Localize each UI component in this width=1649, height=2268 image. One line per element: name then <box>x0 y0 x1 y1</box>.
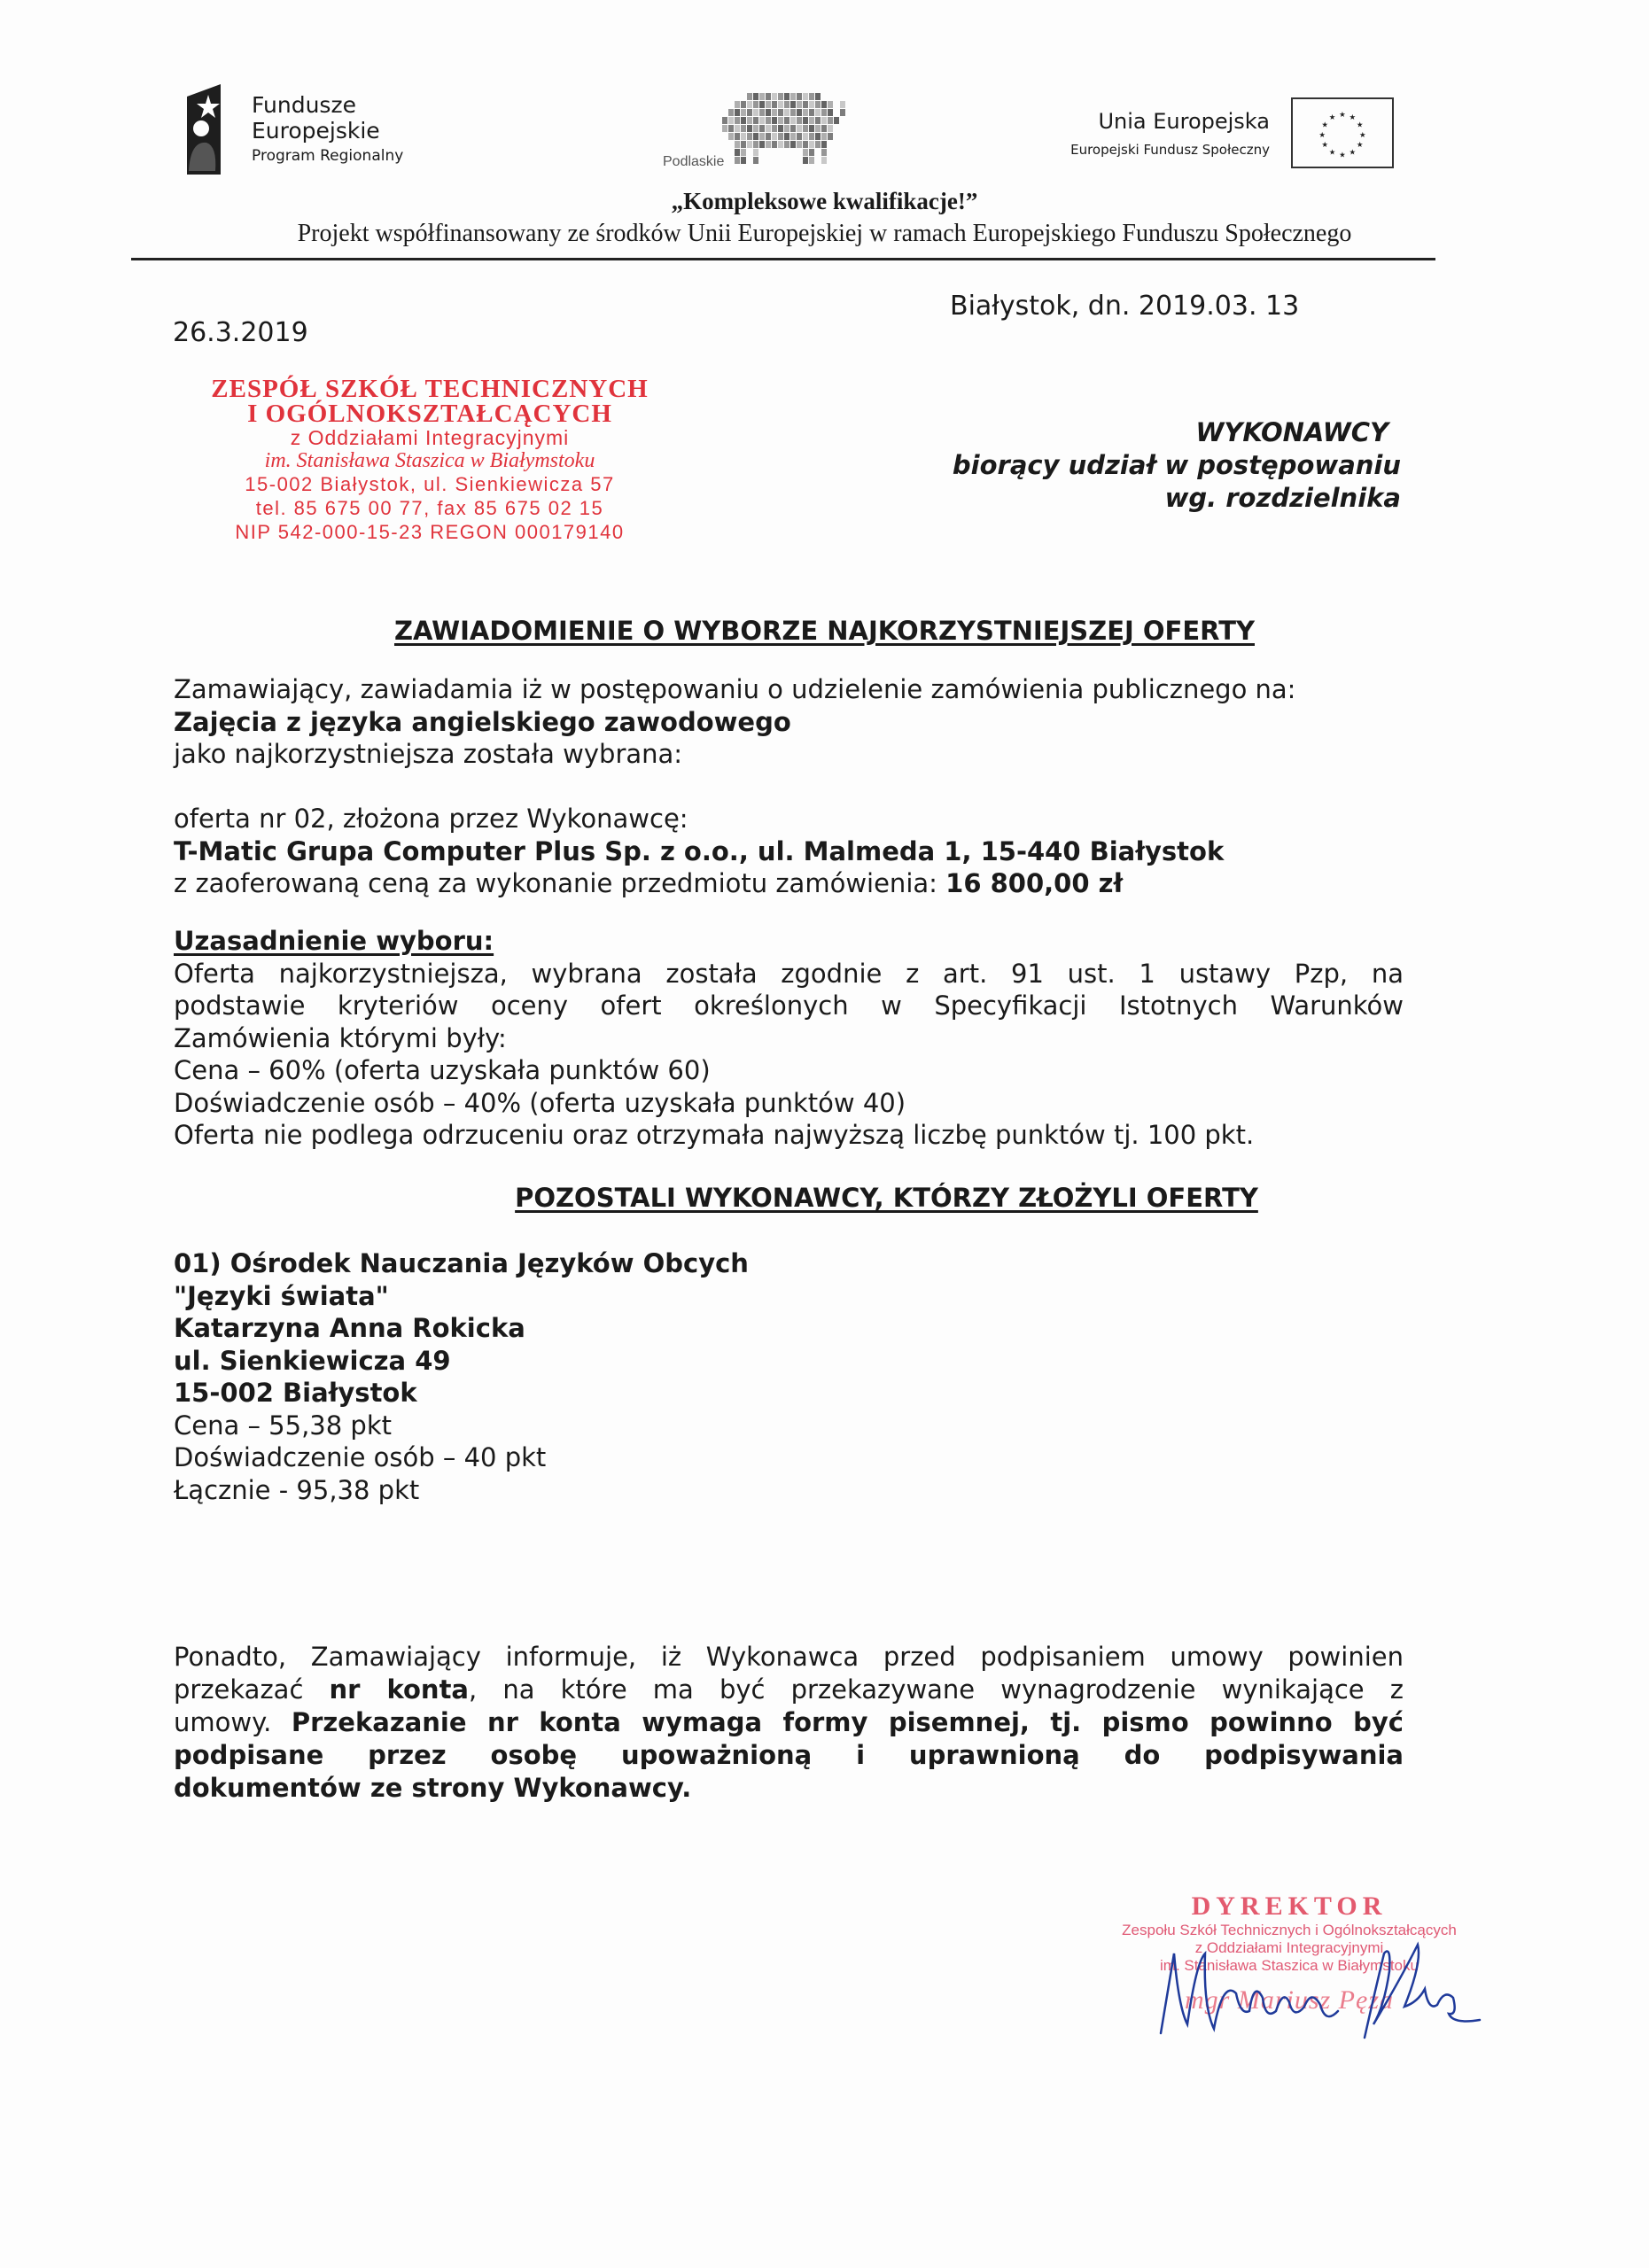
eu-flag-icon: ★★★★★★★★★★★★ <box>1291 97 1394 168</box>
fundusze-europejskie-logo-icon <box>182 84 224 175</box>
justification-summary: Oferta nie podlega odrzuceniu oraz otrzy… <box>174 1119 1404 1152</box>
intro-block: Zamawiający, zawiadamia iż w postępowani… <box>174 673 1404 771</box>
criterion-item: Cena – 60% (oferta uzyskała punktów 60) <box>174 1054 1404 1087</box>
ue-logo-subtitle: Europejski Fundusz Społeczny <box>1070 142 1270 158</box>
winner-price: 16 800,00 zł <box>945 868 1123 898</box>
recipients-block: WYKONAWCY biorący udział w postępowaniu … <box>953 416 1401 515</box>
winner-price-line: z zaoferowaną ceną za wykonanie przedmio… <box>174 867 1404 900</box>
fe-logo-line1: Fundusze <box>252 92 380 118</box>
svg-text:★: ★ <box>1318 130 1326 139</box>
intro-line: jako najkorzystniejsza została wybrana: <box>174 738 1404 771</box>
stamp-line3: z Oddziałami Integracyjnymi <box>199 426 660 449</box>
closing-text-part: umowy. <box>174 1707 292 1737</box>
bidder-city: 15-002 Białystok <box>174 1377 1404 1410</box>
bidder-owner: Katarzyna Anna Rokicka <box>174 1312 1404 1345</box>
justification-text: Oferta najkorzystniejsza, wybrana został… <box>174 958 1404 990</box>
justification-text: podstawie kryteriów oceny ofert określon… <box>174 990 1404 1022</box>
director-title: DYREKTOR <box>1085 1891 1493 1922</box>
svg-text:★: ★ <box>1350 113 1357 121</box>
project-subtitle: Projekt współfinansowany ze środków Unii… <box>0 220 1649 248</box>
justification-text: Zamówienia którymi były: <box>174 1022 1404 1055</box>
closing-block: Ponadto, Zamawiający informuje, iż Wykon… <box>174 1641 1404 1805</box>
closing-text-part: , na które ma być przekazywane wynagrodz… <box>469 1674 1404 1705</box>
svg-text:★: ★ <box>1321 120 1328 128</box>
stamp-line1: ZESPÓŁ SZKÓŁ TECHNICZNYCH <box>199 377 660 401</box>
justification-heading: Uzasadnienie wyboru: <box>174 925 1404 958</box>
criterion-item: Doświadczenie osób – 40% (oferta uzyskał… <box>174 1087 1404 1120</box>
winner-name-address: T-Matic Grupa Computer Plus Sp. z o.o., … <box>174 835 1404 868</box>
page-title: ZAWIADOMIENIE O WYBORZE NAJKORZYSTNIEJSZ… <box>0 616 1649 646</box>
project-title: „Kompleksowe kwalifikacje!” <box>0 188 1649 215</box>
podlaskie-label: Podlaskie <box>663 154 724 170</box>
svg-text:★: ★ <box>1357 120 1364 128</box>
bidder-score: Cena – 55,38 pkt <box>174 1410 1404 1442</box>
other-bidders-heading: POZOSTALI WYKONAWCY, KTÓRZY ZŁOŻYLI OFER… <box>0 1183 1649 1213</box>
fe-logo-line2: Europejskie <box>252 118 380 144</box>
bison-logo-icon <box>718 89 851 173</box>
price-label: z zaoferowaną ceną za wykonanie przedmio… <box>174 868 945 898</box>
header-divider <box>131 258 1435 260</box>
fe-logo-title: Fundusze Europejskie <box>252 92 380 144</box>
contract-subject: Zajęcia z języka angielskiego zawodowego <box>174 706 1404 739</box>
handwritten-signature-icon <box>1152 1927 1489 2051</box>
svg-text:★: ★ <box>1357 140 1364 149</box>
closing-text: przekazać nr konta, na które ma być prze… <box>174 1674 1404 1706</box>
closing-bold-text: podpisane przez osobę upoważnioną i upra… <box>174 1739 1404 1772</box>
fe-logo-subtitle: Program Regionalny <box>252 147 403 165</box>
winner-offer-line: oferta nr 02, złożona przez Wykonawcę: <box>174 803 1404 835</box>
closing-bold-text: dokumentów ze strony Wykonawcy. <box>174 1772 1404 1805</box>
svg-text:★: ★ <box>1329 113 1336 121</box>
ue-logo-title: Unia Europejska <box>1098 109 1270 134</box>
place-date: Białystok, dn. 2019.03. 13 <box>950 291 1299 322</box>
justification-block: Uzasadnienie wyboru: Oferta najkorzystni… <box>174 925 1404 1152</box>
bidder-score: Doświadczenie osób – 40 pkt <box>174 1441 1404 1474</box>
closing-text: umowy. Przekazanie nr konta wymaga formy… <box>174 1706 1404 1739</box>
received-date: 26.3.2019 <box>173 317 308 348</box>
stamp-line2: I OGÓLNOKSZTAŁCĄCYCH <box>199 401 660 426</box>
winner-block: oferta nr 02, złożona przez Wykonawcę: T… <box>174 803 1404 900</box>
closing-text-part: przekazać <box>174 1674 330 1705</box>
recipients-line2: biorący udział w postępowaniu <box>953 449 1401 482</box>
svg-text:★: ★ <box>1321 140 1328 149</box>
svg-text:★: ★ <box>1329 148 1336 157</box>
account-number-emphasis: nr konta <box>330 1674 469 1705</box>
stamp-line7: NIP 542-000-15-23 REGON 000179140 <box>199 520 660 544</box>
svg-text:★: ★ <box>1359 130 1366 139</box>
bidder-street: ul. Sienkiewicza 49 <box>174 1345 1404 1378</box>
closing-text: Ponadto, Zamawiający informuje, iż Wykon… <box>174 1641 1404 1674</box>
svg-text:★: ★ <box>1350 148 1357 157</box>
bidder-name: 01) Ośrodek Nauczania Języków Obcych <box>174 1247 1404 1280</box>
school-stamp: ZESPÓŁ SZKÓŁ TECHNICZNYCH I OGÓLNOKSZTAŁ… <box>199 377 660 544</box>
svg-text:★: ★ <box>1339 110 1346 119</box>
intro-line: Zamawiający, zawiadamia iż w postępowani… <box>174 673 1404 706</box>
closing-bold-text: Przekazanie nr konta wymaga formy pisemn… <box>292 1707 1404 1737</box>
bidder-item: 01) Ośrodek Nauczania Języków Obcych "Ję… <box>174 1247 1404 1506</box>
recipients-line1: WYKONAWCY <box>953 416 1401 449</box>
svg-text:★: ★ <box>1339 151 1346 159</box>
bidder-name: "Języki świata" <box>174 1280 1404 1313</box>
stamp-line4: im. Stanisława Staszica w Białymstoku <box>199 449 660 472</box>
stamp-line6: tel. 85 675 00 77, fax 85 675 02 15 <box>199 496 660 520</box>
stamp-line5: 15-002 Białystok, ul. Sienkiewicza 57 <box>199 472 660 496</box>
recipients-line3: wg. rozdzielnika <box>953 482 1401 515</box>
bidder-score: Łącznie - 95,38 pkt <box>174 1474 1404 1507</box>
